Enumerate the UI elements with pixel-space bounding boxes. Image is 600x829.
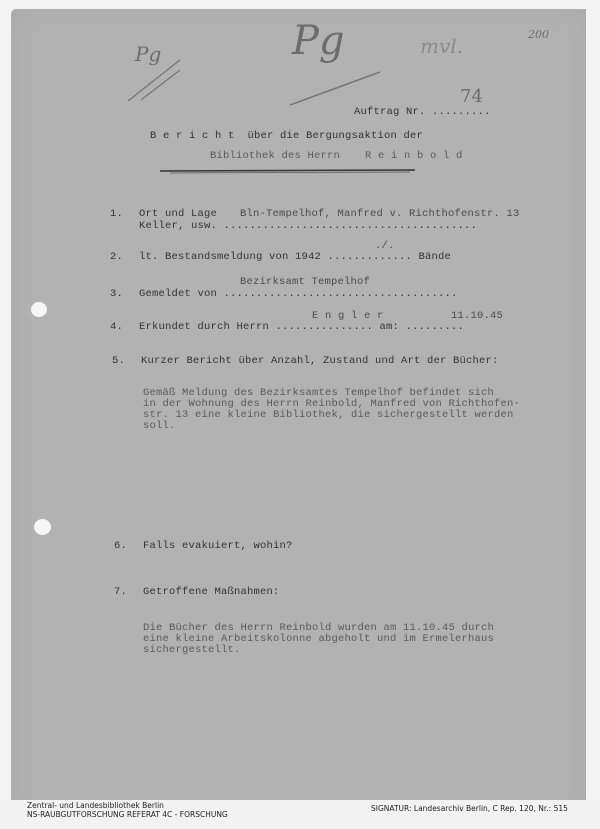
item-4-label: Erkundet durch Herrn ............... am:… [139, 321, 464, 333]
item-1-number: 1. [110, 208, 123, 220]
item-1-value: Bln-Tempelhof, Manfred v. Richthofenstr.… [240, 208, 520, 220]
item-6-number: 6. [114, 540, 127, 552]
item-5-body-line-4: soll. [143, 420, 176, 432]
report-subtitle-prefix: Bibliothek des Herrn [210, 150, 340, 162]
report-title: B e r i c h t über die Bergungsaktion de… [150, 130, 423, 142]
item-7-body-line-3: sichergestellt. [143, 644, 241, 656]
item-3-label: Gemeldet von ...........................… [139, 288, 458, 300]
item-5-label: Kurzer Bericht über Anzahl, Zustand und … [141, 355, 499, 367]
item-2-value: ./. [375, 240, 395, 252]
item-3-value: Bezirksamt Tempelhof [240, 276, 370, 288]
item-4-date: 11.10.45 [451, 310, 503, 322]
item-1-label-2: Keller, usw. ...........................… [139, 220, 477, 232]
item-2-number: 2. [110, 251, 123, 263]
item-2-label: lt. Bestandsmeldung von 1942 ...........… [139, 251, 451, 263]
item-6-label: Falls evakuiert, wohin? [143, 540, 293, 552]
item-3-number: 3. [110, 288, 123, 300]
item-7-number: 7. [114, 586, 127, 598]
item-5-body-line-3: str. 13 eine kleine Bibliothek, die sich… [143, 409, 514, 421]
item-4-value: E n g l e r [312, 310, 384, 322]
report-subtitle-name: R e i n b o l d [365, 150, 463, 162]
footer-library-name: Zentral- und Landesbibliothek Berlin [27, 801, 164, 810]
item-4-number: 4. [110, 321, 123, 333]
order-number-label: Auftrag Nr. ......... [354, 106, 491, 118]
item-1-label: Ort und Lage [139, 208, 217, 220]
footer-signature: SIGNATUR: Landesarchiv Berlin, C Rep. 12… [371, 804, 568, 813]
item-5-number: 5. [112, 355, 125, 367]
item-7-label: Getroffene Maßnahmen: [143, 586, 280, 598]
footer-department: NS-RAUBGUTFORSCHUNG REFERAT 4C - FORSCHU… [27, 810, 228, 819]
